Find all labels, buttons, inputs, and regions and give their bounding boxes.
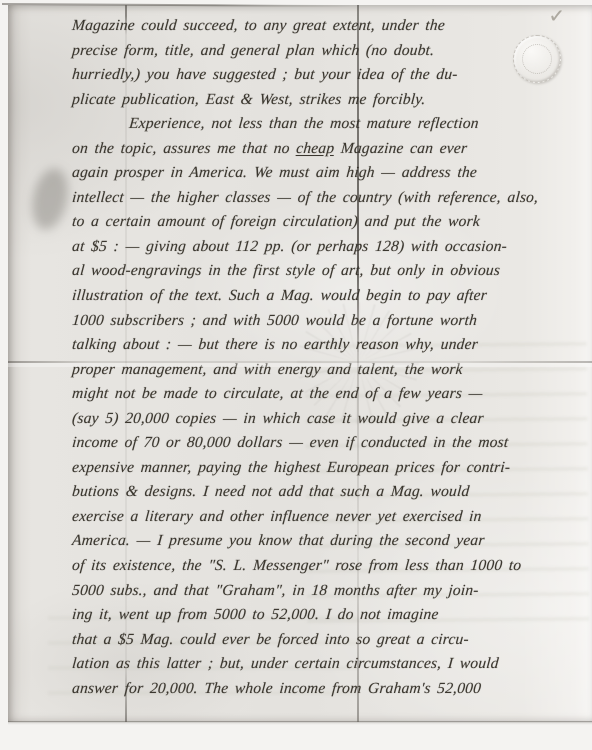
letter-line: expensive manner, paying the highest Eur… [71, 456, 539, 481]
letter-line: of its existence, the "S. L. Messenger" … [71, 554, 539, 579]
letter-line: that a $5 Mag. could ever be forced into… [71, 628, 539, 653]
letter-line: al wood-engravings in the first style of… [71, 259, 539, 284]
letter-text: on the topic, assures me that no [71, 140, 297, 157]
underlined-word: cheap [296, 140, 336, 157]
letter-line: 1000 subscribers ; and with 5000 would b… [71, 309, 539, 334]
vertical-fold-crease [357, 5, 359, 352]
letter-line: at $5 : — giving about 112 pp. (or perha… [71, 235, 539, 260]
letter-line: to a certain amount of foreign circulati… [71, 210, 539, 235]
letter-text: exercise a literary and other influence … [71, 508, 482, 525]
letter-paper: Magazine could succeed, to any great ext… [8, 5, 592, 722]
letter-text: Magazine could succeed, to any great ext… [71, 17, 445, 34]
letter-text: Magazine can ever [334, 140, 468, 157]
letter-text: to a certain amount of foreign circulati… [71, 213, 480, 230]
letter-line: Magazine could succeed, to any great ext… [71, 14, 539, 39]
letter-line: lation as this latter ; but, under certa… [71, 652, 539, 677]
letter-text: butions & designs. I need not add that s… [71, 483, 470, 500]
letter-text: al wood-engravings in the first style of… [71, 262, 500, 279]
letter-text: (say 5) 20,000 copies — in which case it… [71, 410, 484, 427]
letter-line: income of 70 or 80,000 dollars — even if… [71, 431, 539, 456]
letter-line: Experience, not less than the most matur… [71, 112, 539, 137]
letter-text: income of 70 or 80,000 dollars — even if… [71, 434, 509, 451]
letter-line: ing it, went up from 5000 to 52,000. I d… [71, 603, 539, 628]
letter-text: America. — I presume you know that durin… [71, 532, 485, 549]
letter-line: butions & designs. I need not add that s… [71, 480, 539, 505]
letter-line: exercise a literary and other influence … [71, 505, 539, 530]
letter-line: hurriedly,) you have suggested ; but you… [71, 63, 539, 88]
letter-line: precise form, title, and general plan wh… [71, 39, 539, 64]
letter-line: answer for 20,000. The whole income from… [71, 677, 539, 702]
letter-line: on the topic, assures me that no cheap M… [71, 137, 539, 162]
letter-text: hurriedly,) you have suggested ; but you… [71, 66, 458, 83]
letter-text: lation as this latter ; but, under certa… [71, 655, 499, 672]
fold-intersection-wrinkle [297, 302, 419, 424]
letter-line: illustration of the text. Such a Mag. wo… [71, 284, 539, 309]
letter-text: illustration of the text. Such a Mag. wo… [71, 287, 487, 304]
letter-line: plicate publication, East & West, strike… [71, 88, 539, 113]
letter-text: intellect — the higher classes — of the … [71, 189, 539, 206]
letter-text: might not be made to circulate, at the e… [71, 385, 483, 402]
letter-line: America. — I presume you know that durin… [71, 529, 539, 554]
letter-line: intellect — the higher classes — of the … [71, 186, 539, 211]
letter-text: expensive manner, paying the highest Eur… [71, 459, 511, 476]
pencil-checkmark-icon: ✓ [548, 4, 566, 28]
letter-text: Experience, not less than the most matur… [128, 115, 479, 132]
letter-text: 5000 subs., and that "Graham", in 18 mon… [71, 582, 479, 599]
letter-text: 1000 subscribers ; and with 5000 would b… [71, 312, 477, 329]
letter-line: (say 5) 20,000 copies — in which case it… [71, 407, 539, 432]
letter-text: at $5 : — giving about 112 pp. (or perha… [71, 238, 507, 255]
letter-line: again prosper in America. We must aim hi… [71, 161, 539, 186]
paper-bottom-edge-shadow [8, 721, 592, 725]
embossed-seal-icon [513, 35, 561, 83]
letter-text: again prosper in America. We must aim hi… [71, 164, 477, 181]
letter-text: that a $5 Mag. could ever be forced into… [71, 631, 469, 648]
letter-text: answer for 20,000. The whole income from… [71, 680, 481, 697]
scanned-letter-page: Magazine could succeed, to any great ext… [0, 0, 592, 750]
letter-line: 5000 subs., and that "Graham", in 18 mon… [71, 579, 539, 604]
ink-smudge [27, 165, 73, 233]
letter-text: of its existence, the "S. L. Messenger" … [71, 557, 522, 574]
